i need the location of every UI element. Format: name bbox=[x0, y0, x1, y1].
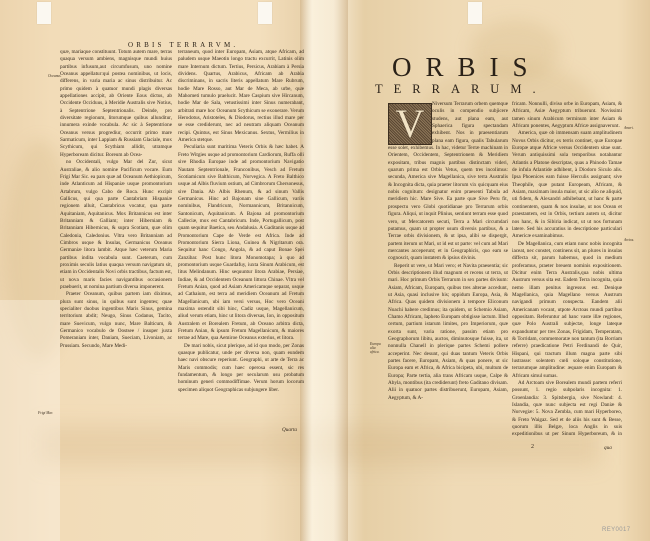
initial-letter: V bbox=[389, 102, 431, 146]
catchword: Quarta bbox=[282, 427, 297, 433]
book-spread: ORBIS TERRARVM. Oceanus. Frigi Mar. quæ,… bbox=[0, 0, 650, 541]
paragraph: De mari nobis, sicut plerique, ad id quo… bbox=[178, 343, 304, 394]
page-title-line-1: ORBIS bbox=[392, 52, 542, 83]
paragraph: America, quæ ob immensam suam amplitudin… bbox=[512, 130, 622, 240]
signature-mark: 2 bbox=[531, 444, 534, 450]
margin-note: Arctos. bbox=[624, 238, 634, 242]
paragraph: no Occidentali, vulgo Mar del Zur, sicut… bbox=[60, 159, 172, 291]
left-column-1: quæ, mariaque constituunt. Totum autem m… bbox=[60, 49, 172, 429]
left-column-2: terraneum, quod inter Europam, Asiam, at… bbox=[178, 49, 304, 424]
paragraph: terraneum, quod inter Europam, Asiam, at… bbox=[178, 49, 304, 144]
catchword: qua bbox=[604, 445, 612, 451]
margin-note: Frigi Mar. bbox=[38, 411, 58, 415]
decorated-initial: V bbox=[388, 103, 432, 145]
margin-note: Europa alia africa. bbox=[370, 342, 384, 354]
paragraph: De Magellanica, cum etiam nunc nobis inc… bbox=[512, 241, 622, 381]
right-column-1: Niversum Terrarum orbem quemque oculis i… bbox=[388, 101, 508, 447]
paragraph: Praeter Oceanum, quibus partem iam dixim… bbox=[60, 291, 172, 350]
paragraph: fricam. Nonnulli, diviso orbe in Europam… bbox=[512, 101, 622, 130]
right-column-2: fricam. Nonnulli, diviso orbe in Europam… bbox=[512, 101, 622, 436]
inventory-stamp: REY0017 bbox=[602, 527, 631, 533]
margin-note: Ameri. bbox=[624, 126, 634, 130]
running-head: ORBIS TERRARVM. bbox=[128, 41, 238, 49]
paragraph: Reperit ut vere, ut Mari vero; et Navita… bbox=[388, 263, 508, 403]
page-title-line-2: TERRARUM. bbox=[375, 82, 547, 97]
paragraph: Peculiaria sunt maritima Veteris Orbis &… bbox=[178, 144, 304, 342]
paragraph: quæ, mariaque constituunt. Totum autem m… bbox=[60, 49, 172, 159]
paragraph: Ad Arctoam sive Borealem mundi partem re… bbox=[512, 380, 622, 436]
